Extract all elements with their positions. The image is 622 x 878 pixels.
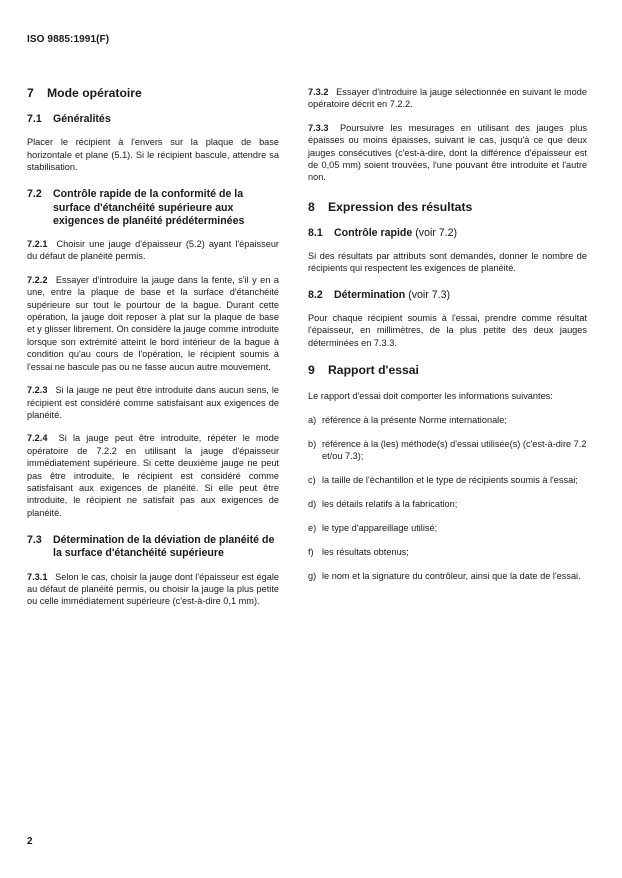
section-number: 7.2	[27, 188, 53, 228]
clause-number: 7.2.1	[27, 239, 47, 249]
list-item: c) la taille de l'échantillon et le type…	[308, 474, 587, 486]
section-title: Détermination de la déviation de planéit…	[53, 534, 279, 560]
section-7-1-text: Placer le récipient à l'envers sur la pl…	[27, 136, 279, 173]
list-marker: b)	[308, 438, 322, 463]
clause-number: 7.3.3	[308, 123, 328, 133]
list-item-text: les détails relatifs à la fabrication;	[322, 498, 587, 510]
clause-7-2-1: 7.2.1 Choisir une jauge d'épaisseur (5.2…	[27, 238, 279, 263]
list-item: d) les détails relatifs à la fabrication…	[308, 498, 587, 510]
left-column: 7 Mode opératoire 7.1 Généralités Placer…	[27, 86, 279, 619]
clause-number: 7.2.2	[27, 275, 47, 285]
clause-text: Si la jauge ne peut être introduite dans…	[27, 385, 279, 420]
clause-7-3-2: 7.3.2 Essayer d'introduire la jauge séle…	[308, 86, 587, 111]
clause-number: 7.3.2	[308, 87, 328, 97]
clause-text: Si la jauge peut être introduite, répéte…	[27, 433, 279, 517]
section-title: Expression des résultats	[328, 200, 472, 215]
clause-7-2-3: 7.2.3 Si la jauge ne peut être introduit…	[27, 384, 279, 421]
right-column: 7.3.2 Essayer d'introduire la jauge séle…	[308, 86, 587, 593]
list-item: g) le nom et la signature du contrôleur,…	[308, 570, 587, 582]
clause-text: Essayer d'introduire la jauge sélectionn…	[308, 87, 587, 109]
section-title: Contrôle rapide	[334, 227, 412, 239]
clause-text: Poursuivre les mesurages en utilisant de…	[308, 123, 587, 183]
section-title: Généralités	[53, 113, 111, 126]
section-7-heading: 7 Mode opératoire	[27, 86, 279, 101]
section-7-3-heading: 7.3 Détermination de la déviation de pla…	[27, 534, 279, 560]
clause-text: Choisir une jauge d'épaisseur (5.2) ayan…	[27, 239, 279, 261]
section-number: 7.1	[27, 113, 53, 126]
section-number: 8	[308, 200, 328, 215]
section-number: 7.3	[27, 534, 53, 560]
section-8-heading: 8 Expression des résultats	[308, 200, 587, 215]
list-marker: a)	[308, 414, 322, 426]
list-item-text: référence à la présente Norme internatio…	[322, 414, 587, 426]
section-8-1-text: Si des résultats par attributs sont dema…	[308, 250, 587, 275]
list-marker: e)	[308, 522, 322, 534]
section-title: Rapport d'essai	[328, 363, 419, 378]
section-number: 7	[27, 86, 47, 101]
section-title: Détermination	[334, 289, 405, 301]
section-9-heading: 9 Rapport d'essai	[308, 363, 587, 378]
list-marker: g)	[308, 570, 322, 582]
section-8-2-text: Pour chaque récipient soumis à l'essai, …	[308, 312, 587, 349]
section-7-2-heading: 7.2 Contrôle rapide de la conformité de …	[27, 188, 279, 228]
clause-7-3-3: 7.3.3 Poursuivre les mesurages en utilis…	[308, 122, 587, 184]
section-number: 8.2	[308, 289, 334, 302]
section-number: 8.1	[308, 227, 334, 240]
list-item-text: référence à la (les) méthode(s) d'essai …	[322, 438, 587, 463]
list-item: f) les résultats obtenus;	[308, 546, 587, 558]
clause-number: 7.2.4	[27, 433, 47, 443]
report-items-list: a) référence à la présente Norme interna…	[308, 414, 587, 582]
section-7-1-heading: 7.1 Généralités	[27, 113, 279, 126]
clause-text: Selon le cas, choisir la jauge dont l'ép…	[27, 572, 279, 607]
section-reference: (voir 7.2)	[415, 227, 457, 239]
list-item-text: les résultats obtenus;	[322, 546, 587, 558]
section-title: Mode opératoire	[47, 86, 142, 101]
list-marker: f)	[308, 546, 322, 558]
clause-number: 7.2.3	[27, 385, 47, 395]
section-reference: (voir 7.3)	[408, 289, 450, 301]
clause-number: 7.3.1	[27, 572, 47, 582]
list-marker: d)	[308, 498, 322, 510]
section-8-1-heading: 8.1 Contrôle rapide (voir 7.2)	[308, 227, 587, 240]
list-item-text: la taille de l'échantillon et le type de…	[322, 474, 587, 486]
section-title: Contrôle rapide de la conformité de la s…	[53, 188, 279, 228]
list-item: e) le type d'appareillage utilisé;	[308, 522, 587, 534]
standard-identifier: ISO 9885:1991(F)	[27, 34, 109, 45]
list-item-text: le type d'appareillage utilisé;	[322, 522, 587, 534]
section-9-intro: Le rapport d'essai doit comporter les in…	[308, 390, 587, 402]
list-item: a) référence à la présente Norme interna…	[308, 414, 587, 426]
list-marker: c)	[308, 474, 322, 486]
list-item-text: le nom et la signature du contrôleur, ai…	[322, 570, 587, 582]
clause-7-3-1: 7.3.1 Selon le cas, choisir la jauge don…	[27, 571, 279, 608]
section-number: 9	[308, 363, 328, 378]
page-number: 2	[27, 836, 33, 847]
clause-7-2-2: 7.2.2 Essayer d'introduire la jauge dans…	[27, 274, 279, 373]
clause-7-2-4: 7.2.4 Si la jauge peut être introduite, …	[27, 432, 279, 519]
section-8-2-heading: 8.2 Détermination (voir 7.3)	[308, 289, 587, 302]
clause-text: Essayer d'introduire la jauge dans la fe…	[27, 275, 279, 372]
list-item: b) référence à la (les) méthode(s) d'ess…	[308, 438, 587, 463]
